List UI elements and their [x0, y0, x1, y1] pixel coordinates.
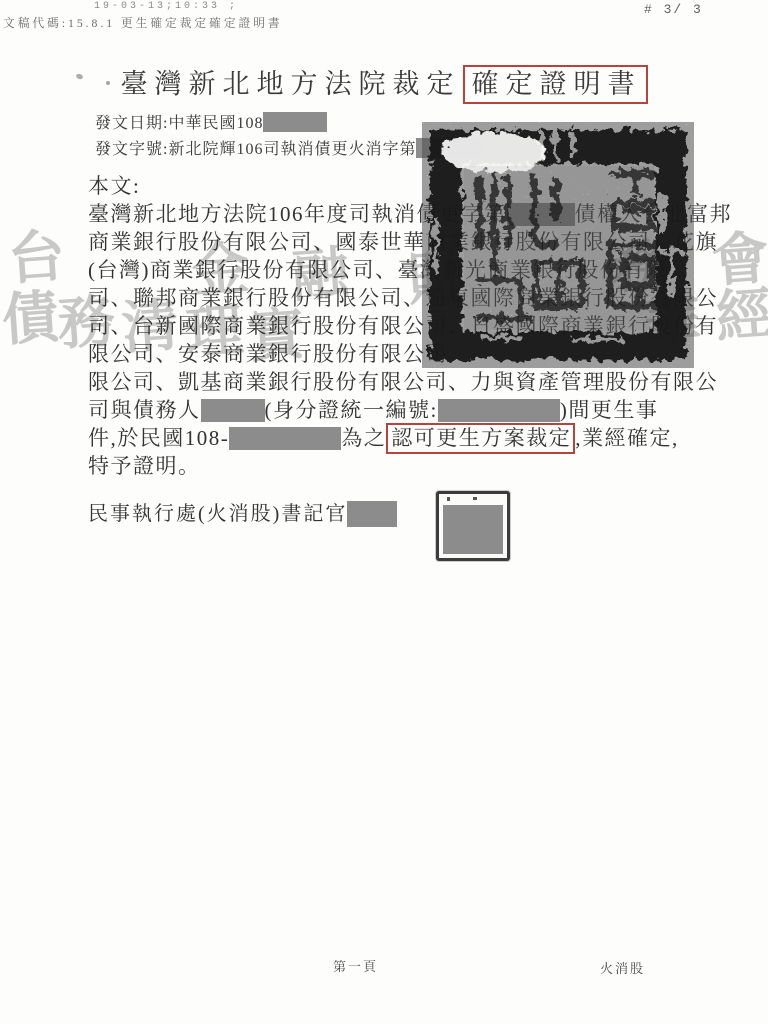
body-text-segment: 本文: [88, 174, 140, 198]
redaction-box [201, 399, 265, 422]
body-line: 限公司、凱基商業銀行股份有限公司、力與資產管理股份有限公 [88, 368, 700, 396]
body-line: 特予證明。 [88, 452, 700, 480]
body-line: 司與債務人(身分證統一編號:)間更生事 [88, 396, 700, 424]
watermark-character: 債 [0, 289, 61, 350]
stamp-mark [447, 497, 450, 501]
fax-doc-code: 文稿代碼:15.8.1 更生確定裁定確定證明書 [3, 14, 283, 31]
stamp-mark [473, 497, 477, 500]
redaction-box-clerk-name [347, 501, 397, 527]
document-title: 臺灣新北地方法院裁定確定證明書 [0, 62, 768, 101]
fax-page-indicator: # 3/ 3 [644, 2, 703, 17]
body-text-segment: )間更生事 [560, 398, 659, 422]
clerk-title: 民事執行處(火消股)書記官 [88, 503, 347, 525]
body-text-segment: 為之 [341, 426, 386, 450]
body-text-segment: 限公司、安泰商業銀行股份有限公司 [88, 342, 448, 366]
scanned-court-document: 台金融財務會債務清理實華經 19-03-13;10:33 ; 文稿代碼:15.8… [0, 0, 768, 1024]
footer-page-number: 第一頁 [333, 956, 378, 975]
body-text-segment: ,業經確定, [575, 426, 679, 450]
redaction-box [229, 427, 341, 450]
signature-line: 民事執行處(火消股)書記官 [88, 497, 397, 531]
fax-timestamp: 19-03-13;10:33 ; [94, 1, 238, 12]
body-text-segment: 限公司、凱基商業銀行股份有限公司、力與資產管理股份有限公 [88, 370, 718, 394]
redaction-box [263, 112, 327, 132]
court-seal-stamp [422, 122, 694, 368]
red-annotation-box: 認可更生方案裁定 [386, 423, 575, 454]
footer-section-label: 火消股 [600, 958, 645, 977]
redaction-box-clerk-seal [443, 505, 503, 554]
body-text-segment: 司與債務人 [88, 398, 201, 422]
meta-text: 發文字號:新北院輝106司執消債更火消字第 [95, 141, 416, 158]
watermark-character: 會 [710, 230, 768, 291]
title-text: 臺灣新北地方法院裁定 [121, 69, 461, 99]
body-text-segment: (身分證統一編號: [265, 398, 438, 422]
body-line: 件,於民國108-為之認可更生方案裁定,業經確定, [88, 424, 700, 452]
body-text-segment: 特予證明。 [88, 454, 201, 478]
watermark-character: 經 [714, 286, 768, 347]
body-text-segment: 件,於民國108- [88, 426, 229, 450]
meta-text: 發文日期:中華民國108 [95, 115, 263, 132]
redaction-box [438, 399, 560, 422]
title-red-box: 確定證明書 [463, 65, 648, 104]
watermark-character: 台 [6, 228, 67, 289]
clerk-seal-stamp [436, 491, 510, 561]
